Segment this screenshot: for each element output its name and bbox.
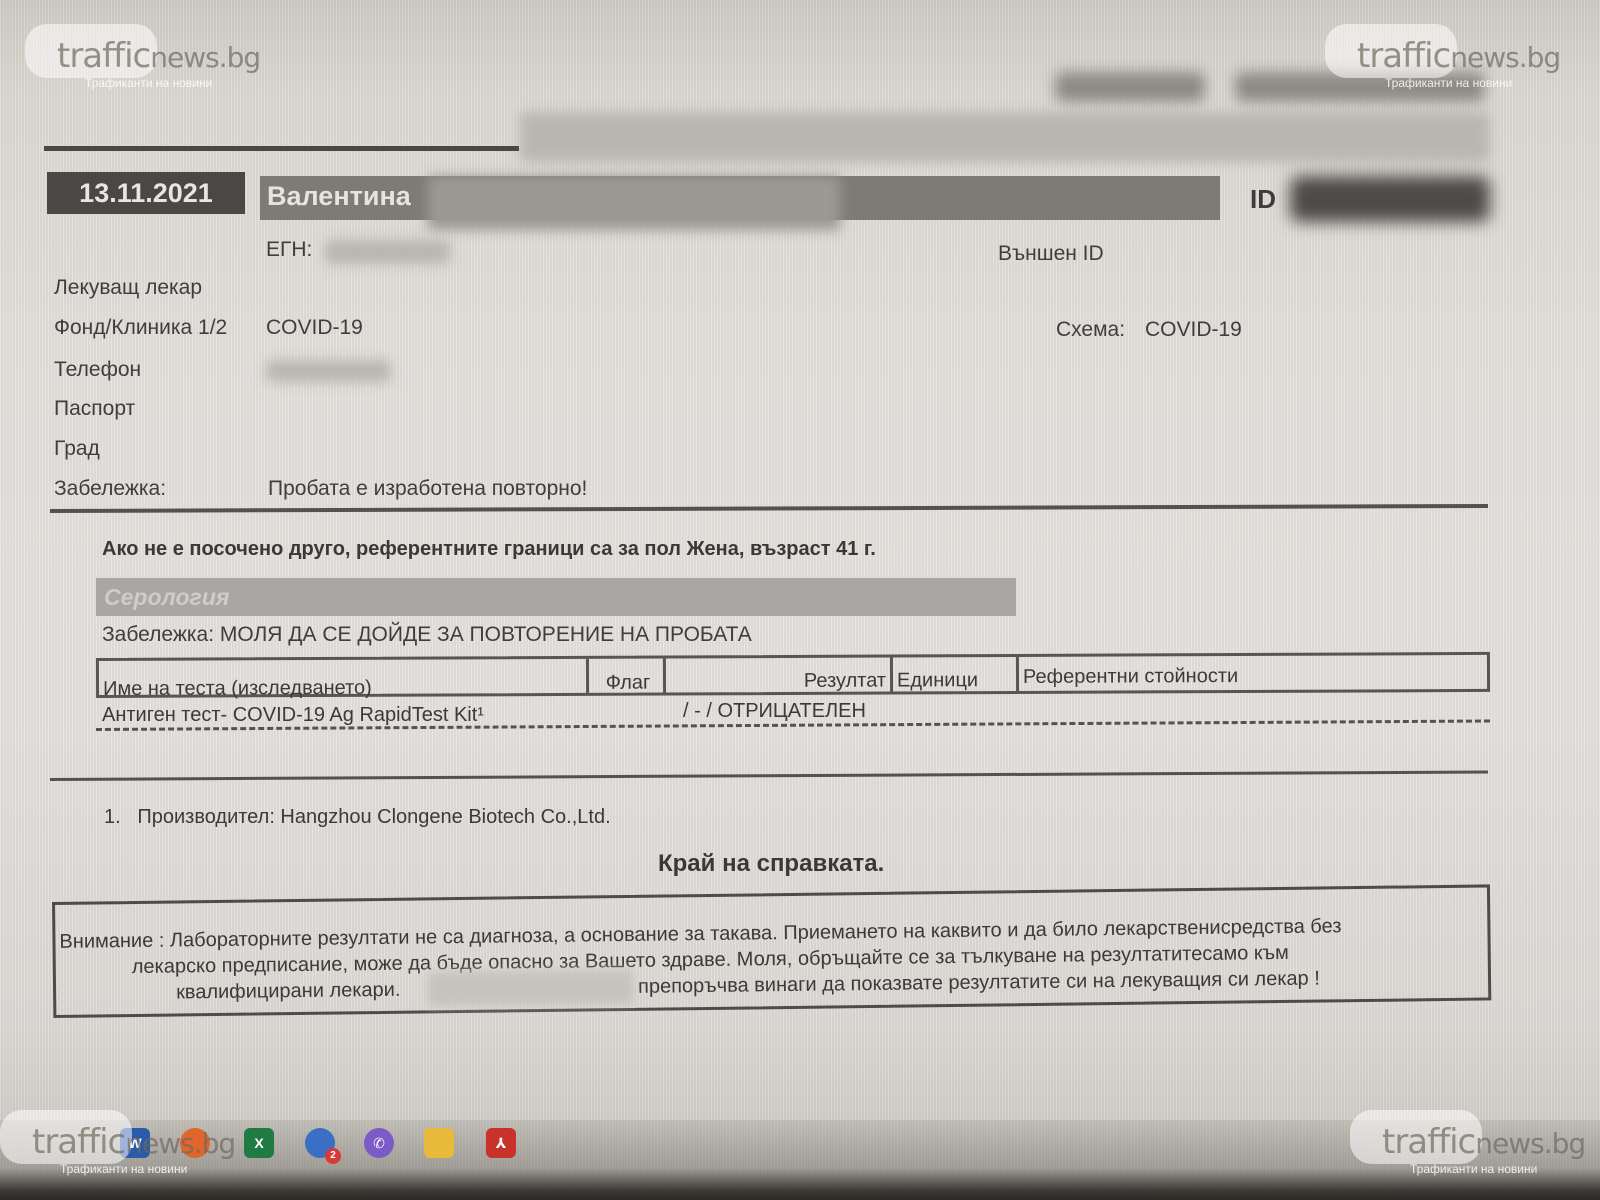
- redacted-patient-surname: [428, 176, 840, 230]
- reference-note: Ако не е посочено друго, референтните гр…: [102, 538, 876, 561]
- table-bottom-divider: [50, 770, 1488, 781]
- footnote-text: Производител: Hangzhou Clongene Biotech …: [137, 806, 610, 828]
- excel-icon[interactable]: X: [244, 1128, 274, 1158]
- end-of-report: Край на справката.: [658, 850, 884, 878]
- redacted-lab-name-warning: [428, 970, 633, 1007]
- top-divider: [44, 146, 519, 151]
- info-divider: [50, 504, 1488, 513]
- section-header: Серология: [96, 578, 1016, 616]
- passport-label: Паспорт: [54, 397, 135, 421]
- fund-label: Фонд/Клиника 1/2: [54, 316, 227, 340]
- watermark-top-left: trafficnews.bg Трафиканти на новини: [25, 24, 255, 114]
- result-value: / - / ОТРИЦАТЕЛЕН: [683, 700, 866, 723]
- redacted-phone: [266, 360, 391, 382]
- note-label: Забележка:: [54, 477, 166, 501]
- col-result: Резултат: [666, 658, 893, 693]
- section-note: Забележка: МОЛЯ ДА СЕ ДОЙДЕ ЗА ПОВТОРЕНИ…: [102, 623, 752, 647]
- id-label: ID: [1250, 184, 1276, 215]
- col-test-name: Име на теста (изследването): [99, 659, 589, 695]
- external-id-label: Външен ID: [998, 242, 1104, 266]
- scheme-value: COVID-19: [1145, 318, 1242, 342]
- warning-line-3a: квалифицирани лекари.: [176, 979, 401, 1005]
- warning-line-3b: препоръчва винаги да показвате резултати…: [638, 968, 1320, 999]
- footnote-number: 1.: [104, 806, 121, 828]
- fund-value: COVID-19: [266, 316, 363, 340]
- city-label: Град: [54, 437, 100, 461]
- footnote: 1. Производител: Hangzhou Clongene Biote…: [104, 806, 611, 829]
- redacted-lab-name: [1055, 72, 1205, 102]
- results-table-header: Име на теста (изследването) Флаг Резулта…: [96, 652, 1490, 698]
- col-units: Единици: [893, 657, 1019, 692]
- file-explorer-icon[interactable]: [424, 1128, 454, 1158]
- redacted-lab-header: [520, 112, 1490, 162]
- doctor-label: Лекуващ лекар: [54, 276, 202, 300]
- redacted-egn: [325, 240, 450, 264]
- egn-label: ЕГН:: [266, 238, 312, 262]
- scheme-label: Схема:: [1056, 318, 1125, 342]
- unread-badge: 2: [325, 1148, 341, 1164]
- col-reference: Референтни стойности: [1019, 655, 1487, 691]
- result-test-name: Антиген тест- COVID-19 Ag RapidTest Kit¹: [102, 704, 484, 727]
- watermark-bottom-right: trafficnews.bg Трафиканти на новини: [1350, 1110, 1580, 1200]
- redacted-id: [1290, 176, 1490, 222]
- section-title: Серология: [104, 584, 229, 611]
- report-date: 13.11.2021: [47, 172, 245, 214]
- note-value: Пробата е изработена повторно!: [268, 477, 587, 501]
- warning-box: Внимание : Лабораторните резултати не са…: [52, 884, 1491, 1018]
- watermark-top-right: trafficnews.bg Трафиканти на новини: [1325, 24, 1555, 114]
- watermark-bottom-left: trafficnews.bg Трафиканти на новини: [0, 1110, 230, 1200]
- viber-icon[interactable]: ✆: [364, 1128, 394, 1158]
- patient-first-name: Валентина: [267, 181, 411, 211]
- phone-label: Телефон: [54, 358, 141, 382]
- thunderbird-icon[interactable]: 2: [305, 1128, 335, 1158]
- acrobat-icon[interactable]: ⅄: [486, 1128, 516, 1158]
- col-flag: Флаг: [589, 659, 666, 693]
